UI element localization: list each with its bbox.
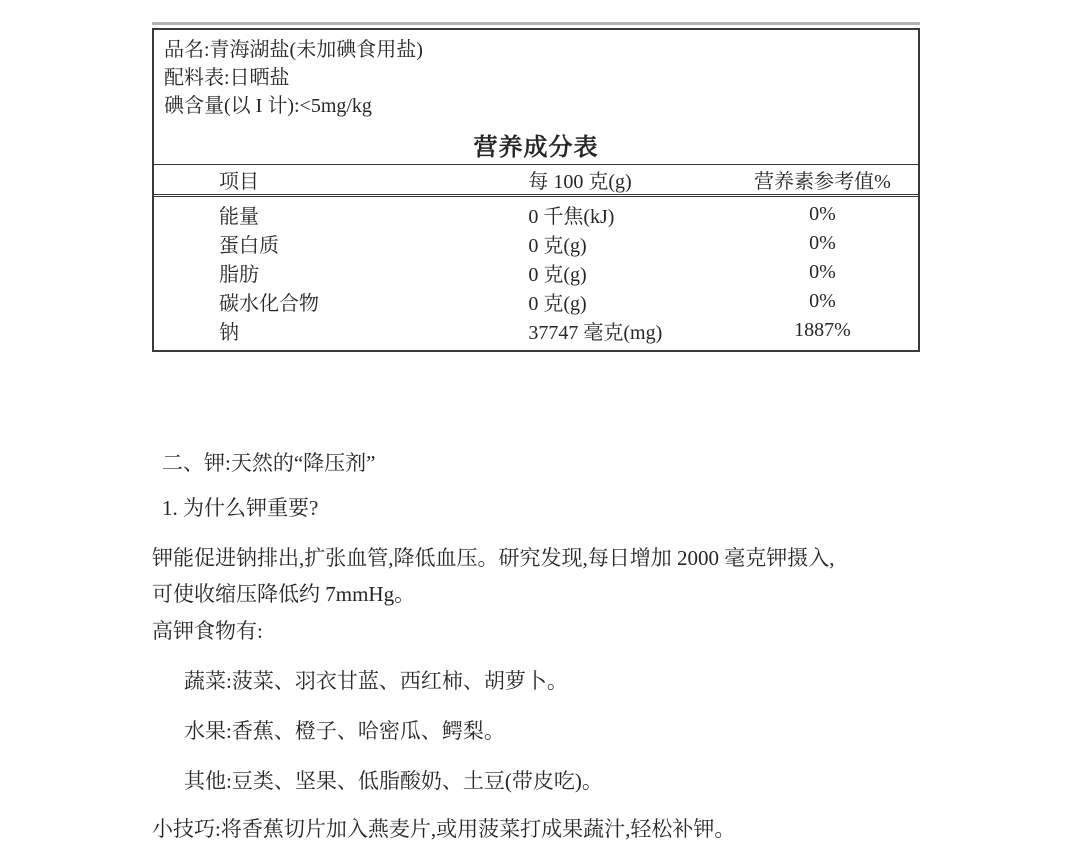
- row-label: 能量: [154, 196, 528, 230]
- ingredients-line: 配料表:日晒盐: [164, 64, 908, 92]
- document-column: 品名:青海湖盐(未加碘食用盐) 配料表:日晒盐 碘含量(以 I 计):<5mg/…: [152, 0, 920, 845]
- nutrition-header-row: 项目 每 100 克(g) 营养素参考值%: [154, 165, 918, 196]
- list-item-others: 其他:豆类、坚果、低脂酸奶、土豆(带皮吃)。: [152, 766, 920, 797]
- header-per-100g: 每 100 克(g): [528, 165, 727, 196]
- document-page: 品名:青海湖盐(未加碘食用盐) 配料表:日晒盐 碘含量(以 I 计):<5mg/…: [0, 0, 1080, 850]
- row-value: 0 克(g): [528, 229, 727, 258]
- list-item-vegetables: 蔬菜:菠菜、羽衣甘蓝、西红柿、胡萝卜。: [152, 666, 920, 697]
- table-row-protein: 蛋白质 0 克(g) 0%: [154, 229, 918, 258]
- list-item-fruits: 水果:香蕉、橙子、哈密瓜、鳄梨。: [152, 716, 920, 747]
- row-nrv: 0%: [727, 287, 918, 316]
- row-value: 37747 毫克(mg): [528, 316, 727, 350]
- row-value: 0 克(g): [528, 287, 727, 316]
- tip-line: 小技巧:将香蕉切片加入燕麦片,或用菠菜打成果蔬汁,轻松补钾。: [152, 814, 920, 845]
- paragraph: 钾能促进钠排出,扩张血管,降低血压。研究发现,每日增加 2000 毫克钾摄入, …: [152, 540, 920, 612]
- row-label: 脂肪: [154, 258, 528, 287]
- section-heading: 二、钾:天然的“降压剂”: [162, 448, 920, 479]
- product-info: 品名:青海湖盐(未加碘食用盐) 配料表:日晒盐 碘含量(以 I 计):<5mg/…: [154, 30, 918, 120]
- table-row-energy: 能量 0 千焦(kJ) 0%: [154, 196, 918, 230]
- table-row-sodium: 钠 37747 毫克(mg) 1887%: [154, 316, 918, 350]
- table-row-fat: 脂肪 0 克(g) 0%: [154, 258, 918, 287]
- row-nrv: 0%: [727, 196, 918, 230]
- list-intro: 高钾食物有:: [152, 616, 920, 647]
- row-value: 0 克(g): [528, 258, 727, 287]
- row-label: 蛋白质: [154, 229, 528, 258]
- sub-heading: 1. 为什么钾重要?: [162, 493, 920, 524]
- header-nrv: 营养素参考值%: [727, 165, 918, 196]
- faint-top-rule: [152, 22, 920, 25]
- nutrition-table-title: 营养成分表: [154, 133, 918, 164]
- table-row-carbohydrate: 碳水化合物 0 克(g) 0%: [154, 287, 918, 316]
- nutrition-label-box: 品名:青海湖盐(未加碘食用盐) 配料表:日晒盐 碘含量(以 I 计):<5mg/…: [152, 28, 920, 352]
- paragraph-line: 钾能促进钠排出,扩张血管,降低血压。研究发现,每日增加 2000 毫克钾摄入,: [152, 540, 920, 576]
- row-nrv: 0%: [727, 258, 918, 287]
- row-value: 0 千焦(kJ): [528, 196, 727, 230]
- row-label: 钠: [154, 316, 528, 350]
- article-section: 二、钾:天然的“降压剂” 1. 为什么钾重要? 钾能促进钠排出,扩张血管,降低血…: [152, 448, 920, 845]
- header-item: 项目: [154, 165, 528, 196]
- iodine-content-line: 碘含量(以 I 计):<5mg/kg: [164, 92, 908, 120]
- row-nrv: 1887%: [727, 316, 918, 350]
- nutrition-table: 项目 每 100 克(g) 营养素参考值% 能量 0 千焦(kJ) 0% 蛋白质…: [154, 164, 918, 350]
- row-nrv: 0%: [727, 229, 918, 258]
- product-name-line: 品名:青海湖盐(未加碘食用盐): [164, 36, 908, 64]
- row-label: 碳水化合物: [154, 287, 528, 316]
- paragraph-line: 可使收缩压降低约 7mmHg。: [152, 576, 920, 612]
